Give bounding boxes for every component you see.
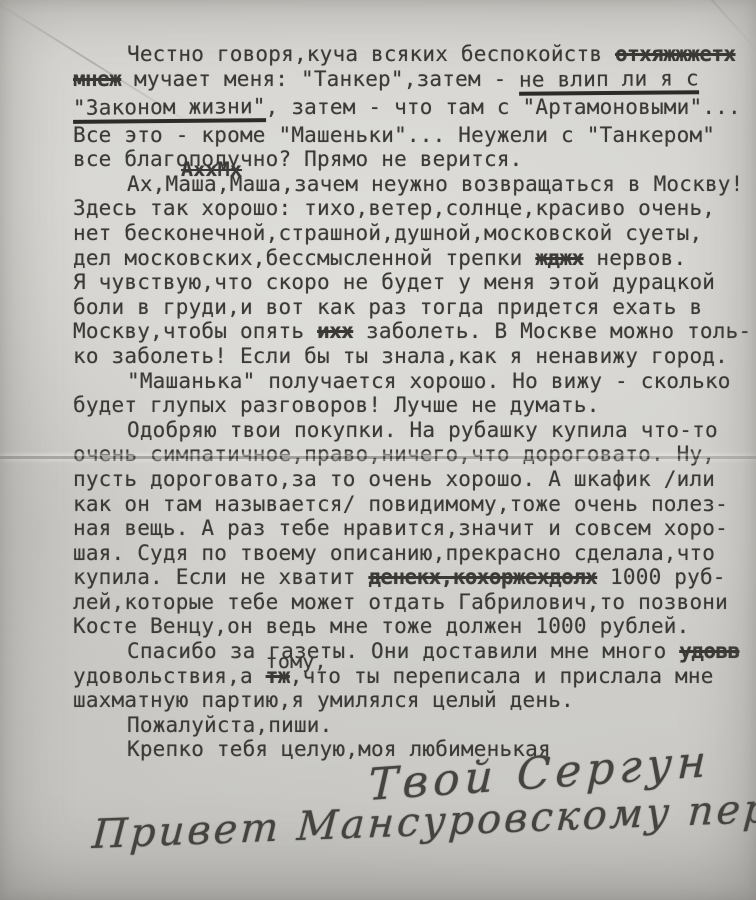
letter-line: Я чувствую,что скоро не будет у меня это… — [73, 270, 751, 295]
letter-text: очень симпатичное,право,ничего,что дорог… — [73, 442, 715, 466]
letter-line: Все это - кроме "Машеньки"... Неужели с … — [73, 123, 751, 148]
struck-out-word: тжтому, — [266, 664, 290, 688]
letter-line: мнеж мучает меня: "Танкер",затем - не вл… — [73, 67, 751, 95]
struck-out-word: удовв — [679, 639, 739, 663]
letter-text: купила. Если не хватит — [73, 565, 368, 589]
letter-line: Ах,Маша,Маша,зачем неужно возвращаться в… — [73, 172, 751, 197]
letter-text: шая. Судя по твоему описанию,прекрасно с… — [73, 541, 715, 565]
letter-line: будет глупых разговоров! Лучше не думать… — [73, 393, 751, 418]
paper-fold-crease — [0, 456, 756, 459]
letter-text: удовольствия,а — [73, 664, 266, 688]
letter-text: Здесь так хорошо: тихо,ветер,солнце,крас… — [73, 196, 715, 220]
letter-line: Косте Венцу,он ведь мне тоже должен 1000… — [73, 614, 751, 639]
letter-text: заболеть. В Москве можно толь- — [353, 319, 751, 343]
letter-text: ная вещь. А раз тебе нравится,значит и с… — [73, 516, 728, 540]
letter-text: лей,которые тебе может отдать Габрилович… — [73, 590, 728, 614]
letter-text: Одобряю твои покупки. На рубашку купила … — [127, 418, 718, 442]
letter-text: Косте Венцу,он ведь мне тоже должен 1000… — [73, 614, 689, 638]
letter-line: удовольствия,а тжтому,,что ты переписала… — [73, 664, 751, 689]
typed-insertion-above-line: тому, — [266, 649, 327, 674]
struck-out-word: отхяжжжетх — [615, 42, 735, 66]
letter-text: нет бесконечной,страшной,душной,московск… — [73, 221, 702, 245]
letter-line: очень симпатичное,право,ничего,что дорог… — [73, 442, 751, 467]
letter-text: ,что ты переписала и прислала мне — [290, 664, 714, 688]
letter-line: дел московских,бессмысленной трепки жджх… — [73, 246, 751, 271]
letter-text: Все это - кроме "Машеньки"... Неужели с … — [73, 123, 715, 147]
letter-line: как он там называется/ повидимому,тоже о… — [73, 492, 751, 517]
letter-line: купила. Если не хватит денекх,кохоржехдо… — [73, 565, 751, 590]
letter-text: дел московских,бессмысленной трепки — [73, 246, 535, 270]
letter-text: Пожалуйста,пиши. — [127, 713, 333, 737]
letter-line: шахматную партию,я умилялся целый день. — [73, 688, 751, 713]
letter-text: Москву,чтобы опять — [73, 319, 317, 343]
letter-text: шахматную партию,я умилялся целый день. — [73, 688, 574, 712]
letter-line: ная вещь. А раз тебе нравится,значит и с… — [73, 516, 751, 541]
typed-letter-body: Честно говоря,куча всяких беспокойств от… — [73, 42, 751, 762]
letter-line: Пожалуйста,пиши. — [73, 713, 751, 738]
letter-line: "Машанька" получается хорошо. Но вижу - … — [73, 369, 751, 394]
letter-text: нервов. — [584, 246, 687, 270]
letter-line: Москву,чтобы опять ихх заболеть. В Москв… — [73, 319, 751, 344]
letter-line: "Законом жизни", затем - что там с "Арта… — [73, 95, 751, 123]
struck-out-word: ихх — [317, 319, 353, 343]
letter-line: Здесь так хорошо: тихо,ветер,солнце,крас… — [73, 196, 751, 221]
pen-underlined-phrase: не влип ли я с — [519, 68, 699, 96]
letter-text: мучает меня: "Танкер",затем - — [121, 67, 519, 91]
letter-text: ко заболеть! Если бы ты знала,как я нена… — [73, 344, 728, 368]
letter-line: шая. Судя по твоему описанию,прекрасно с… — [73, 541, 751, 566]
letter-text: боли в груди,и вот как раз тогда придетс… — [73, 295, 702, 319]
letter-text: как он там называется/ повидимому,тоже о… — [73, 492, 728, 516]
pen-underlined-phrase: "Законом жизни" — [73, 96, 266, 124]
letter-text: Спасибо за газеты. Они доставили мне мно… — [127, 639, 679, 663]
letter-text: "Машанька" получается хорошо. Но вижу - … — [127, 369, 731, 393]
letter-text: будет глупых разговоров! Лучше не думать… — [73, 393, 600, 417]
letter-line: боли в груди,и вот как раз тогда придетс… — [73, 295, 751, 320]
letter-line: ко заболеть! Если бы ты знала,как я нена… — [73, 344, 751, 369]
letter-text: , затем - что там с "Артамоновыми"... — [266, 95, 741, 119]
letter-line: нет бесконечной,страшной,душной,московск… — [73, 221, 751, 246]
letter-line: пусть дороговато,за то очень хорошо. А ш… — [73, 467, 751, 492]
letter-text: Ах,Маша,Маша,зачем неужно возвращаться в… — [127, 172, 743, 196]
letter-line: лей,которые тебе может отдать Габрилович… — [73, 590, 751, 615]
letter-text: 1000 руб- — [597, 565, 725, 589]
letter-line: Честно говоря,куча всяких беспокойств от… — [73, 42, 751, 67]
struck-out-word: денекх,кохоржехдолх — [368, 565, 597, 589]
struck-out-word: мнеж — [73, 67, 121, 91]
letter-text: Я чувствую,что скоро не будет у меня это… — [73, 270, 715, 294]
typed-insertion-above-line: АххМх — [127, 157, 242, 182]
letter-line: Спасибо за газеты. Они доставили мне мно… — [73, 639, 751, 664]
struck-out-word: жджх — [535, 246, 583, 270]
letter-text: Честно говоря,куча всяких беспокойств — [127, 42, 615, 66]
letter-text: пусть дороговато,за то очень хорошо. А ш… — [73, 467, 715, 491]
letter-line: Одобряю твои покупки. На рубашку купила … — [73, 418, 751, 443]
